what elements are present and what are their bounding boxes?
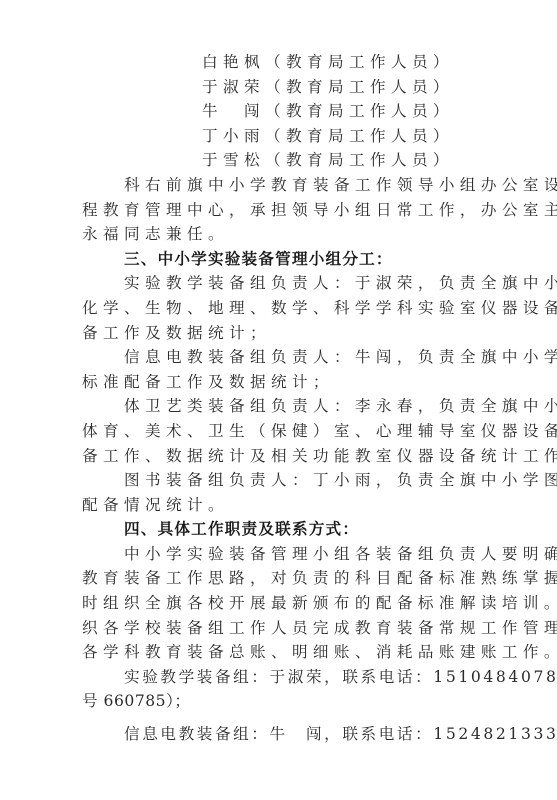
document-page: 白艳枫（教育局工作人员） 于淑荣（教育局工作人员） 牛 闯（教育局工作人员） 丁… xyxy=(82,50,503,747)
member-line: 牛 闯（教育局工作人员） xyxy=(82,99,503,124)
paragraph-line: 教育装备工作思路，对负责的科目配备标准熟练掌握，并适 xyxy=(82,566,503,591)
member-line: 于雪松（教育局工作人员） xyxy=(82,148,503,173)
section-3-paragraph-it: 信息电教装备组负责人：牛闯，负责全旗中小学信息化 标准配备工作及数据统计； xyxy=(82,345,503,394)
paragraph-line: 信息电教装备组负责人：牛闯，负责全旗中小学信息化 xyxy=(82,345,503,370)
section-3-paragraph-sports-arts: 体卫艺类装备组负责人：李永春，负责全旗中小学音乐、 体育、美术、卫生（保健）室、… xyxy=(82,394,503,468)
paragraph-line: 永福同志兼任。 xyxy=(82,222,503,247)
paragraph-line: 各学科教育装备总账、明细账、消耗品账建账工作。 xyxy=(82,640,503,665)
contact-experimental: 实验教学装备组：于淑荣，联系电话：15104840785（小 号 660785）… xyxy=(82,665,503,714)
section-3-paragraph-experimental: 实验教学装备组负责人：于淑荣，负责全旗中小学物理、 化学、生物、地理、数学、科学… xyxy=(82,271,503,345)
section-3-paragraph-library: 图书装备组负责人：丁小雨，负责全旗中小学图书标准 配备情况统计。 xyxy=(82,468,503,517)
contact-line: 号 660785）； xyxy=(82,689,503,714)
contact-line: 实验教学装备组：于淑荣，联系电话：15104840785（小 xyxy=(82,665,503,690)
paragraph-line: 程教育管理中心，承担领导小组日常工作，办公室主任由白 xyxy=(82,198,503,223)
section-4-heading: 四、具体工作职责及联系方式： xyxy=(82,517,503,542)
section-3-heading: 三、中小学实验装备管理小组分工： xyxy=(82,247,503,272)
member-line: 丁小雨（教育局工作人员） xyxy=(82,124,503,149)
member-line: 白艳枫（教育局工作人员） xyxy=(82,50,503,75)
paragraph-line: 备工作、数据统计及相关功能教室仪器设备统计工作； xyxy=(82,444,503,469)
paragraph-line: 科右前旗中小学教育装备工作领导小组办公室设在远 xyxy=(82,173,503,198)
paragraph-line: 体育、美术、卫生（保健）室、心理辅导室仪器设备标准配 xyxy=(82,419,503,444)
member-line: 于淑荣（教育局工作人员） xyxy=(82,75,503,100)
office-paragraph: 科右前旗中小学教育装备工作领导小组办公室设在远 程教育管理中心，承担领导小组日常… xyxy=(82,173,503,247)
contact-line: 信息电教装备组：牛 闯，联系电话：15248213331（小 xyxy=(82,722,503,747)
paragraph-line: 时组织全旗各校开展最新颁布的配备标准解读培训。有序组 xyxy=(82,591,503,616)
member-list: 白艳枫（教育局工作人员） 于淑荣（教育局工作人员） 牛 闯（教育局工作人员） 丁… xyxy=(82,50,503,173)
section-4-paragraph: 中小学实验装备管理小组各装备组负责人要明确上级 教育装备工作思路，对负责的科目配… xyxy=(82,542,503,665)
paragraph-line: 配备情况统计。 xyxy=(82,493,503,518)
paragraph-line: 织各学校装备组工作人员完成教育装备常规工作管理，规范 xyxy=(82,616,503,641)
paragraph-line: 化学、生物、地理、数学、科学学科实验室仪器设备标准配 xyxy=(82,296,503,321)
paragraph-line: 体卫艺类装备组负责人：李永春，负责全旗中小学音乐、 xyxy=(82,394,503,419)
paragraph-line: 备工作及数据统计； xyxy=(82,321,503,346)
paragraph-line: 标准配备工作及数据统计； xyxy=(82,370,503,395)
paragraph-line: 实验教学装备组负责人：于淑荣，负责全旗中小学物理、 xyxy=(82,271,503,296)
paragraph-line: 中小学实验装备管理小组各装备组负责人要明确上级 xyxy=(82,542,503,567)
paragraph-line: 图书装备组负责人：丁小雨，负责全旗中小学图书标准 xyxy=(82,468,503,493)
contact-it: 信息电教装备组：牛 闯，联系电话：15248213331（小 xyxy=(82,722,503,747)
